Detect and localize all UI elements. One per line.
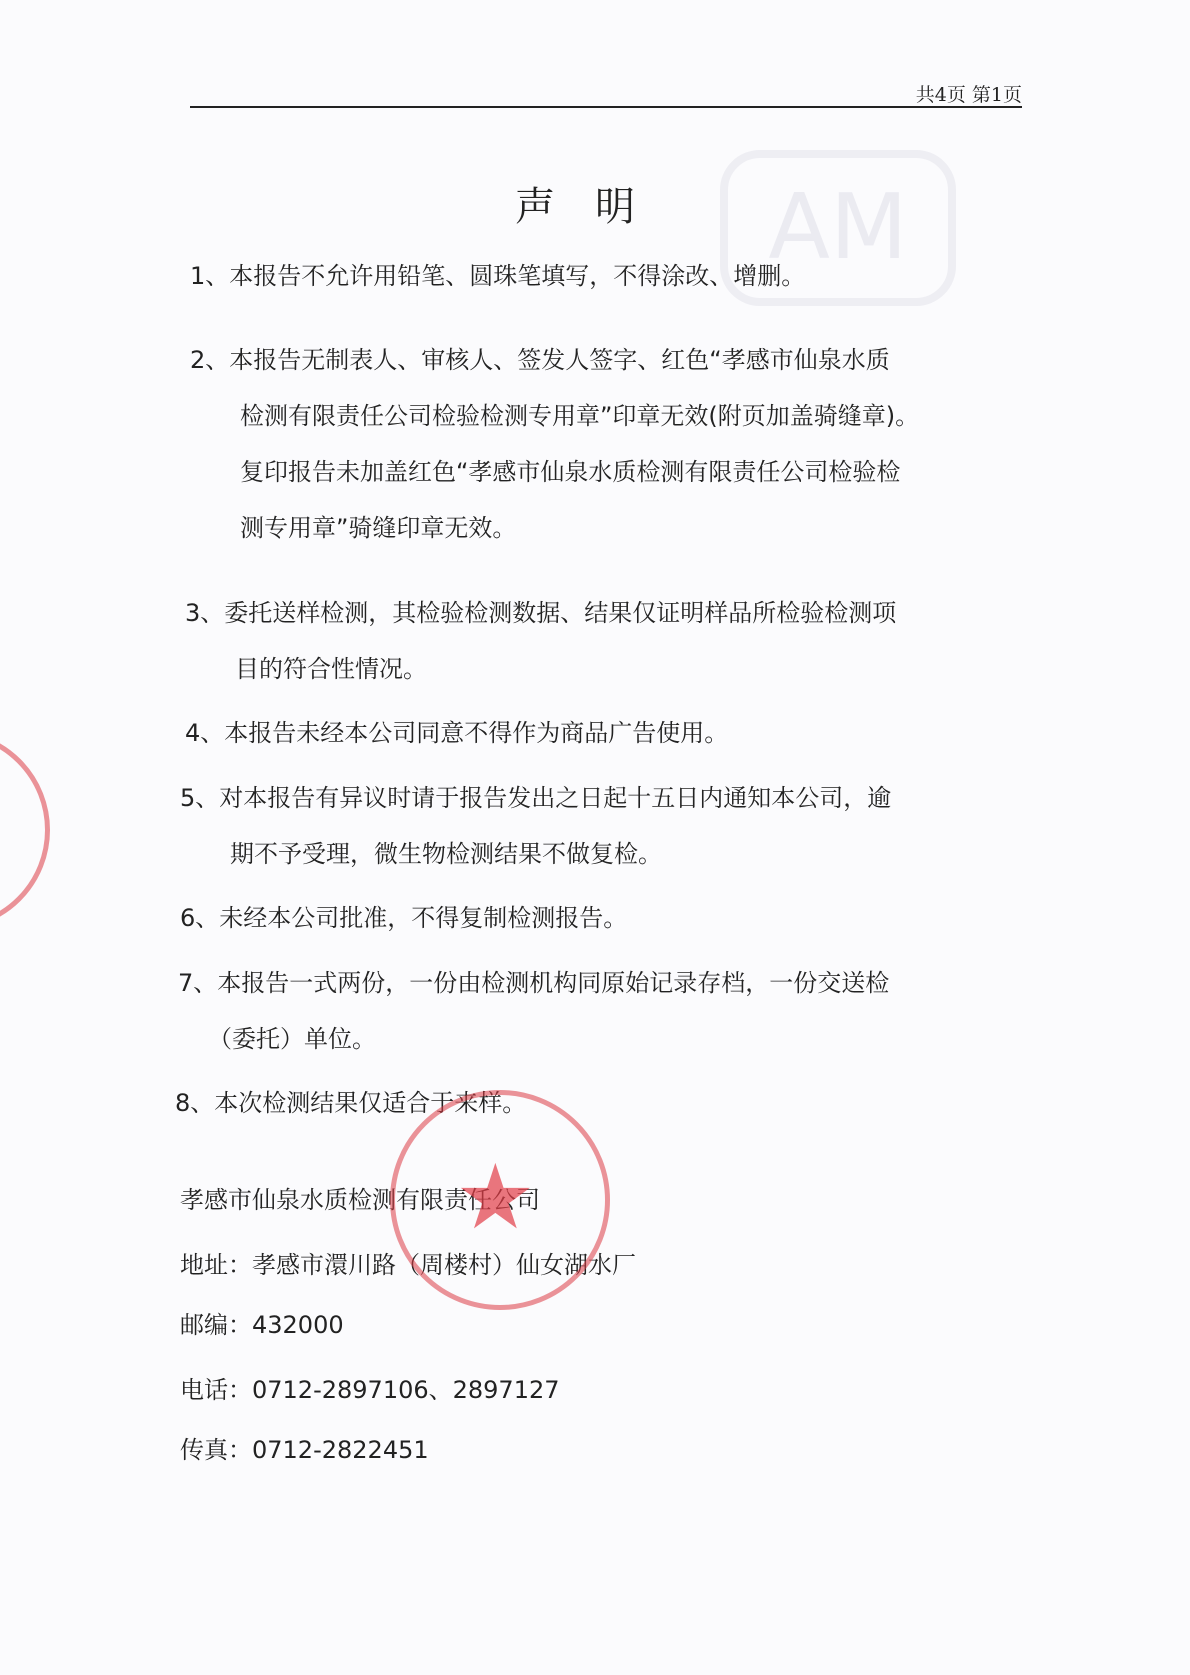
partial-seal — [0, 730, 50, 930]
page-title: 声明 — [0, 175, 1190, 232]
statement-item-4: 4、本报告未经本公司同意不得作为商品广告使用。 — [185, 705, 728, 761]
statement-item-6: 6、未经本公司批准，不得复制检测报告。 — [180, 890, 627, 946]
page-info: 共4页 第1页 — [916, 80, 1022, 107]
statement-item-7: 7、本报告一式两份，一份由检测机构同原始记录存档，一份交送检 （委托）单位。 — [178, 955, 889, 1067]
statement-item-2: 2、本报告无制表人、审核人、签发人签字、红色“孝感市仙泉水质 检测有限责任公司检… — [190, 332, 919, 556]
statement-item-3: 3、委托送样检测，其检验检测数据、结果仅证明样品所检验检测项 目的符合性情况。 — [185, 585, 896, 697]
header-rule — [190, 106, 1022, 108]
company-postcode: 邮编：432000 — [180, 1305, 344, 1340]
statement-item-5: 5、对本报告有异议时请于报告发出之日起十五日内通知本公司，逾 期不予受理，微生物… — [180, 770, 891, 882]
company-phone: 电话：0712-2897106、2897127 — [180, 1370, 560, 1405]
statement-item-1: 1、本报告不允许用铅笔、圆珠笔填写，不得涂改、增删。 — [190, 248, 805, 304]
company-fax: 传真：0712-2822451 — [180, 1430, 429, 1465]
seal-star-icon: ★ — [455, 1145, 536, 1250]
